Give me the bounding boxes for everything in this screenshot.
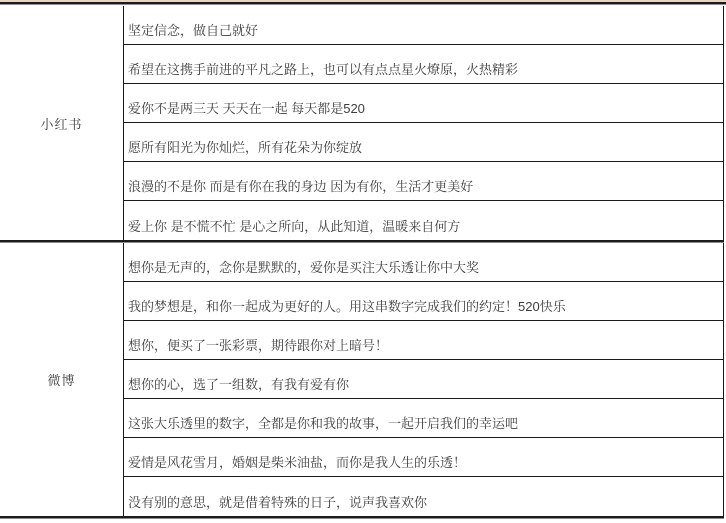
bottom-border	[0, 516, 724, 519]
quote-cell[interactable]: 想你的心，选了一组数，有我有爱有你	[124, 360, 723, 399]
quote-cell[interactable]: 我的梦想是，和你一起成为更好的人。用这串数字完成我们的约定！520快乐	[124, 282, 723, 321]
section-weibo: 微博 想你是无声的，念你是默默的，爱你是买注大乐透让你中大奖 我的梦想是，和你一…	[0, 243, 724, 516]
quote-cell[interactable]: 想你是无声的，念你是默默的，爱你是买注大乐透让你中大奖	[124, 243, 723, 282]
quote-cell[interactable]: 爱上你 是不慌不忙 是心之所向，从此知道，温暖来自何方	[124, 201, 723, 240]
quotes-table: 小红书 坚定信念，做自己就好 希望在这携手前进的平凡之路上，也可以有点点星火燎原…	[0, 6, 724, 519]
quote-cell[interactable]: 这张大乐透里的数字，全都是你和我的故事，一起开启我们的幸运吧	[124, 399, 723, 438]
quote-cell[interactable]: 坚定信念，做自己就好	[124, 6, 723, 45]
quote-cell[interactable]: 爱情是风花雪月，婚姻是柴米油盐，而你是我人生的乐透！	[124, 438, 723, 477]
quote-cell[interactable]: 想你，便买了一张彩票，期待跟你对上暗号！	[124, 321, 723, 360]
quote-cell[interactable]: 愿所有阳光为你灿烂，所有花朵为你绽放	[124, 123, 723, 162]
section-xiaohongshu: 小红书 坚定信念，做自己就好 希望在这携手前进的平凡之路上，也可以有点点星火燎原…	[0, 6, 724, 240]
spreadsheet-table-view: 小红书 坚定信念，做自己就好 希望在这携手前进的平凡之路上，也可以有点点星火燎原…	[0, 0, 726, 523]
quote-cell[interactable]: 希望在这携手前进的平凡之路上，也可以有点点星火燎原，火热精彩	[124, 45, 723, 84]
quote-cell[interactable]: 爱你不是两三天 天天在一起 每天都是520	[124, 84, 723, 123]
weibo-rows: 想你是无声的，念你是默默的，爱你是买注大乐透让你中大奖 我的梦想是，和你一起成为…	[124, 243, 724, 516]
platform-label-weibo[interactable]: 微博	[0, 243, 124, 516]
quote-cell[interactable]: 没有别的意思，就是借着特殊的日子，说声我喜欢你	[124, 477, 723, 516]
quote-cell[interactable]: 浪漫的不是你 而是有你在我的身边 因为有你，生活才更美好	[124, 162, 723, 201]
platform-label-xiaohongshu[interactable]: 小红书	[0, 6, 124, 240]
xiaohongshu-rows: 坚定信念，做自己就好 希望在这携手前进的平凡之路上，也可以有点点星火燎原，火热精…	[124, 6, 724, 240]
